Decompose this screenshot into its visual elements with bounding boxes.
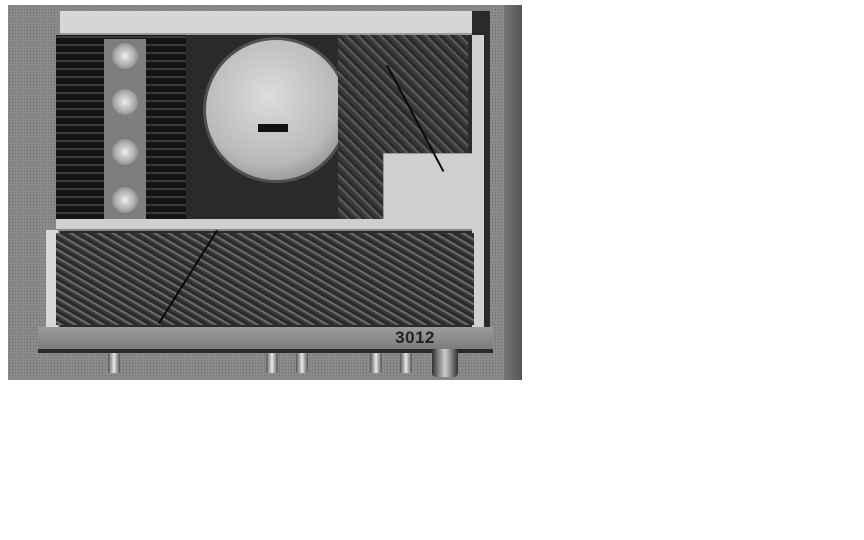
lower-circuit-board	[56, 233, 474, 325]
input-jack	[370, 353, 382, 373]
input-jack	[296, 353, 308, 373]
power-transistor	[112, 139, 138, 165]
transistor-strip	[104, 39, 146, 219]
shield-box	[383, 153, 477, 223]
model-label: 3012	[395, 328, 435, 348]
power-transistor	[112, 43, 138, 69]
input-jack	[108, 353, 120, 373]
power-transistor	[112, 89, 138, 115]
input-jack	[400, 353, 412, 373]
volume-knob	[432, 349, 458, 377]
toroidal-transformer	[203, 37, 349, 183]
background-shadow	[504, 5, 522, 380]
amplifier-photo: 3012	[8, 5, 522, 380]
middle-rail	[56, 219, 476, 231]
transformer-label-patch	[258, 124, 288, 132]
power-transistor	[112, 187, 138, 213]
input-jack	[266, 353, 278, 373]
rear-rail	[60, 11, 472, 35]
front-panel: 3012	[38, 327, 493, 353]
